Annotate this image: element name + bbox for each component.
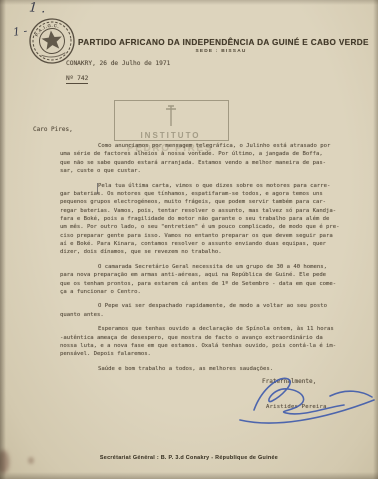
archive-watermark-line1: INSTITUTO — [114, 131, 227, 140]
archive-emblem-icon — [164, 104, 178, 128]
star-icon — [41, 29, 63, 50]
scanned-letter-page: 1 . 1 - P.A.I.G.C. PARTIDO AFRICANO DA I… — [0, 0, 378, 479]
scan-blotch-small — [28, 457, 34, 464]
ink-signature — [230, 366, 378, 438]
paragraph-1: Como anunciamos por mensagem telegráfica… — [60, 142, 352, 175]
letterhead-seat-line: SEDE : BISSAU — [78, 49, 364, 54]
paragraph-5: Esperamos que tenhas ouvido a declaração… — [60, 325, 352, 358]
handwritten-mark-top: 1 . — [28, 0, 46, 16]
salutation: Caro Pires, — [33, 126, 73, 133]
footer-address: Secrétariat Général : B. P. 3.d Conakry … — [0, 455, 378, 461]
paragraph-4: O Pepe vai ser despachado rapidamente, d… — [60, 302, 352, 319]
letterhead-party-name: PARTIDO AFRICANO DA INDEPENDÊNCIA DA GUI… — [78, 38, 364, 47]
scan-blotch — [0, 450, 9, 474]
place-date-line: CONAKRY, 26 de Julho de 1971 — [66, 60, 170, 67]
signature-icon — [230, 366, 378, 438]
paragraph-3: O camarada Secretário Geral necessita de… — [60, 263, 352, 296]
letter-body: Como anunciamos por mensagem telegráfica… — [60, 142, 352, 379]
reference-number: Nº 742 — [66, 75, 88, 84]
paragraph-2: Pela tua última carta, vimos o que dizes… — [60, 182, 352, 257]
